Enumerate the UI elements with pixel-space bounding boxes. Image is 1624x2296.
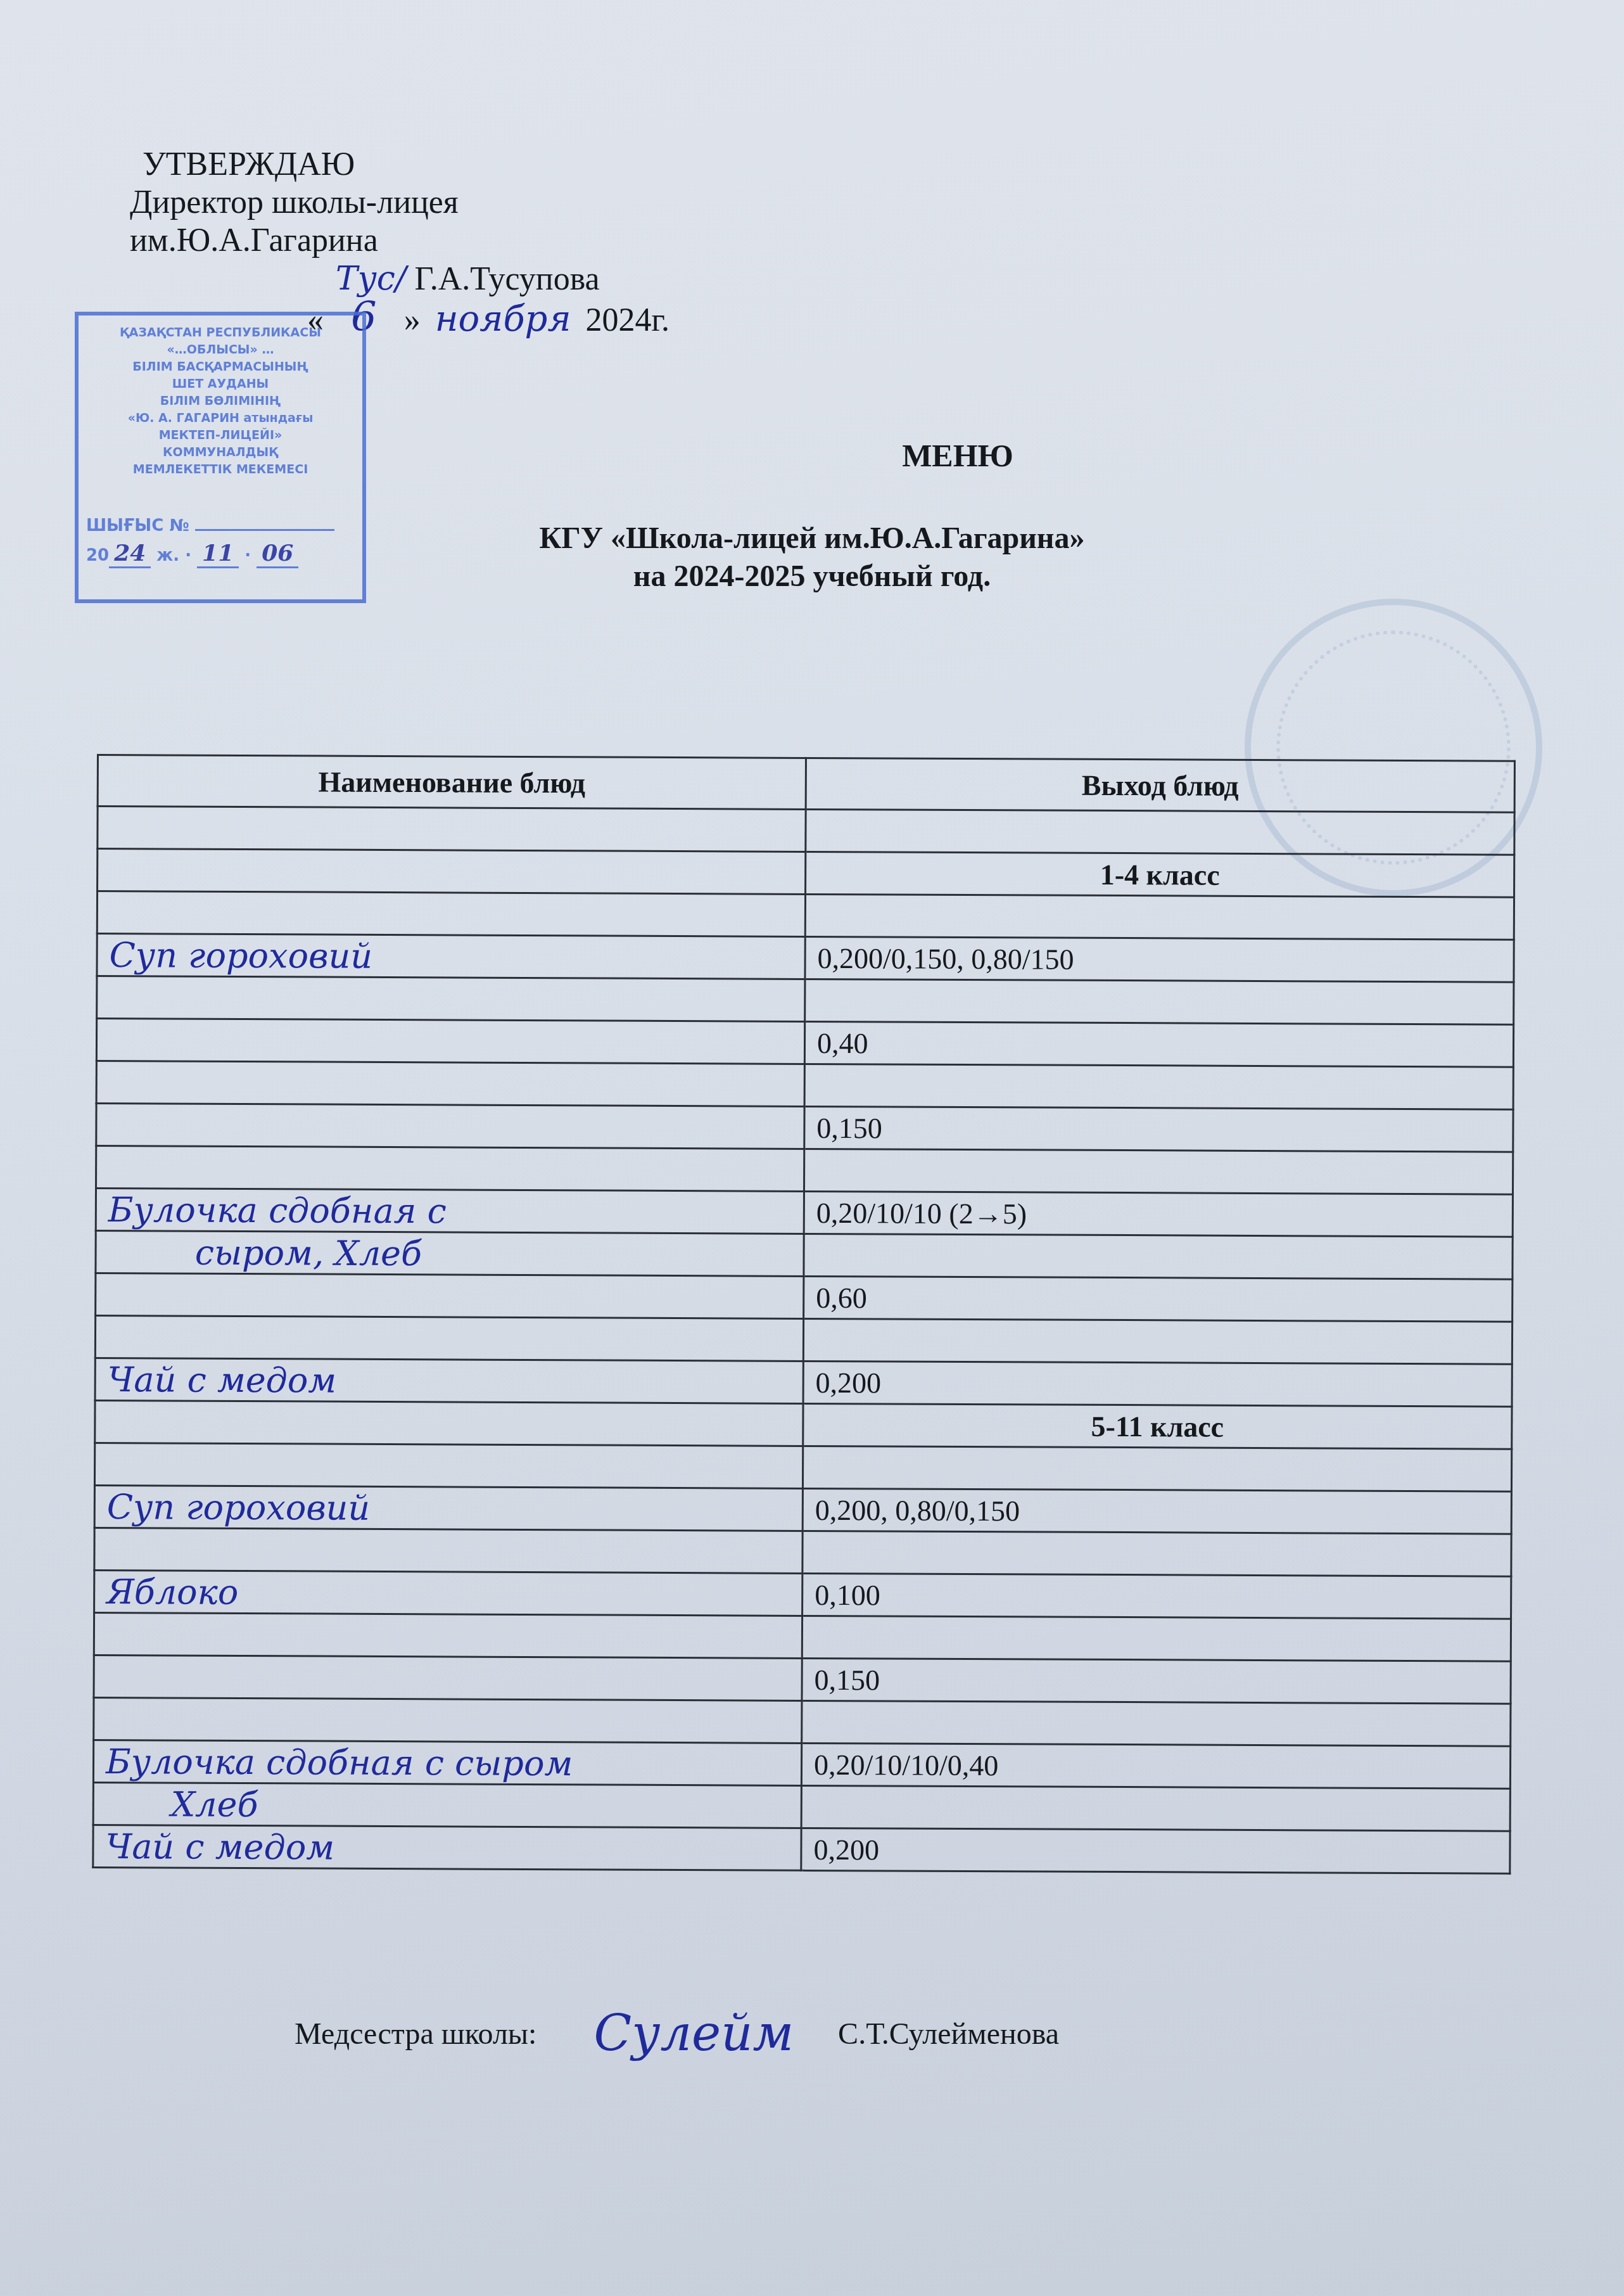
approver-name: Г.А.Тусупова [415,261,600,297]
portion-yield-cell: 0,60 [804,1276,1513,1322]
portion-yield-cell [802,1616,1511,1661]
dish-name-cell [94,1612,802,1658]
class-section-label: 1-4 класс [806,851,1514,897]
dish-name-cell [98,807,806,852]
stamp-line: ШЕТ АУДАНЫ [79,376,362,393]
date-month: ноября [429,300,578,338]
portion-yield-cell [806,809,1514,855]
portion-yield-cell [805,894,1514,940]
portion-yield-cell: 0,200, 0,80/0,150 [802,1488,1511,1534]
table-row: Булочка сдобная с сыром0,20/10/10/0,40 [93,1740,1510,1789]
header-portion-yield: Выход блюд [806,758,1514,812]
dish-name-cell: Булочка сдобная с сыром [93,1740,801,1785]
portion-yield-cell: 0,40 [804,1021,1513,1067]
table-section-row: 5-11 класс [95,1400,1512,1449]
table-row [94,1443,1511,1491]
dish-name-cell [96,1273,804,1318]
table-row: 0,40 [96,1019,1513,1068]
stamp-line: ҚАЗАҚСТАН РЕСПУБЛИКАСЫ [79,324,362,341]
portion-yield-cell [802,1700,1511,1746]
document-title: МЕНЮ [146,437,1624,474]
dish-name-cell [94,1443,802,1488]
portion-yield-cell: 0,200 [801,1828,1510,1873]
table-row [96,1061,1513,1110]
stamp-line: БІЛІМ БАСҚАРМАСЫНЫҢ [79,359,362,376]
table-row: Чай с медом0,200 [93,1825,1510,1873]
table-row: сыром, Хлеб [96,1230,1513,1279]
table-row [94,1527,1511,1576]
date-close-quote: » [404,302,421,340]
portion-yield-cell: 0,200 [803,1361,1512,1406]
dish-name-cell [97,891,805,937]
dish-name-cell: Чай с медом [95,1358,803,1403]
portion-yield-cell [802,1531,1511,1576]
table-section-row: 1-4 класс [98,849,1514,898]
dish-name-cell: сыром, Хлеб [96,1230,804,1276]
date-year: 2024г. [586,302,669,340]
footer-signature: Медсестра школы: Сулейм С.Т.Сулейменова [295,2005,1059,2062]
table-row: 0,150 [96,1104,1513,1152]
approver-signature: Тус/ [336,260,407,298]
dish-name-cell [94,1655,802,1700]
dish-name-cell [96,1104,804,1149]
nurse-signature: Сулейм [593,2005,794,2062]
stamp-line: «Ю. А. ГАГАРИН атындағы [79,410,362,427]
table-row [94,1612,1511,1661]
approval-block: УТВЕРЖДАЮ Директор школы-лицея им.Ю.А.Га… [130,146,669,340]
table-row: Суп гороховий0,200/0,150, 0,80/150 [97,934,1514,983]
dish-name-cell [95,1400,803,1446]
dish-name-cell: Суп гороховий [97,934,805,979]
table-row: 0,150 [94,1655,1511,1704]
dish-name-cell: Суп гороховий [94,1485,802,1531]
approver-position-line2: им.Ю.А.Гагарина [130,222,669,260]
portion-yield-cell [804,1234,1513,1279]
portion-yield-cell [805,979,1514,1024]
table-row [96,1146,1513,1195]
portion-yield-cell: 0,100 [802,1573,1511,1619]
dish-name-cell [96,1061,804,1107]
table-header-row: Наименование блюд Выход блюд [98,755,1514,813]
header-dish-name: Наименование блюд [98,755,806,810]
table-row [94,1697,1511,1746]
table-row [98,807,1514,855]
approver-signature-line: Тус/ Г.А.Тусупова [130,260,669,298]
table-row [97,891,1514,940]
class-section-label: 5-11 класс [803,1403,1512,1449]
dish-name-cell [94,1527,802,1573]
dish-name-cell: Булочка сдобная с [96,1189,804,1234]
dish-name-cell: Чай с медом [93,1825,801,1870]
stamp-line: БІЛІМ БӨЛІМІНІҢ [79,393,362,410]
portion-yield-cell [804,1149,1513,1194]
portion-yield-cell [802,1446,1511,1491]
year-line: на 2024-2025 учебный год. [0,558,1624,596]
dish-name-cell [94,1697,802,1743]
approval-heading: УТВЕРЖДАЮ [130,146,669,184]
dish-name-cell: Хлеб [93,1782,801,1828]
menu-table-body: 1-4 классСуп гороховий0,200/0,150, 0,80/… [93,807,1514,1874]
portion-yield-cell: 0,20/10/10/0,40 [801,1743,1510,1789]
approver-position-line1: Директор школы-лицея [130,184,669,222]
table-row: Суп гороховий0,200, 0,80/0,150 [94,1485,1511,1534]
portion-yield-cell [804,1064,1513,1109]
table-row [97,976,1514,1025]
org-line: КГУ «Школа-лицей им.Ю.А.Гагарина» [0,520,1624,558]
table-row: Чай с медом0,200 [95,1358,1512,1406]
table-row: Булочка сдобная с0,20/10/10 (2→5) [96,1189,1513,1237]
table-row: Хлеб [93,1782,1510,1831]
portion-yield-cell: 0,150 [804,1106,1513,1152]
dish-name-cell [96,1146,804,1192]
table-row [95,1315,1512,1364]
portion-yield-cell: 0,150 [802,1658,1511,1704]
table-row: 0,60 [96,1273,1513,1322]
portion-yield-cell [803,1318,1512,1364]
portion-yield-cell: 0,200/0,150, 0,80/150 [805,936,1514,982]
nurse-name: С.Т.Сулейменова [838,2017,1059,2051]
dish-name-cell [95,1315,803,1361]
dish-name-cell [98,849,806,895]
menu-table: Наименование блюд Выход блюд 1-4 классСу… [92,754,1516,1875]
stamp-line: «…ОБЛЫСЫ» … [79,341,362,359]
dish-name-cell [97,976,805,1022]
portion-yield-cell: 0,20/10/10 (2→5) [804,1191,1513,1237]
dish-name-cell [96,1019,804,1064]
table-row: Яблоко0,100 [94,1570,1511,1619]
document-subtitle: КГУ «Школа-лицей им.Ю.А.Гагарина» на 202… [0,520,1624,596]
dish-name-cell: Яблоко [94,1570,802,1616]
portion-yield-cell [801,1785,1510,1831]
nurse-role: Медсестра школы: [295,2017,536,2051]
